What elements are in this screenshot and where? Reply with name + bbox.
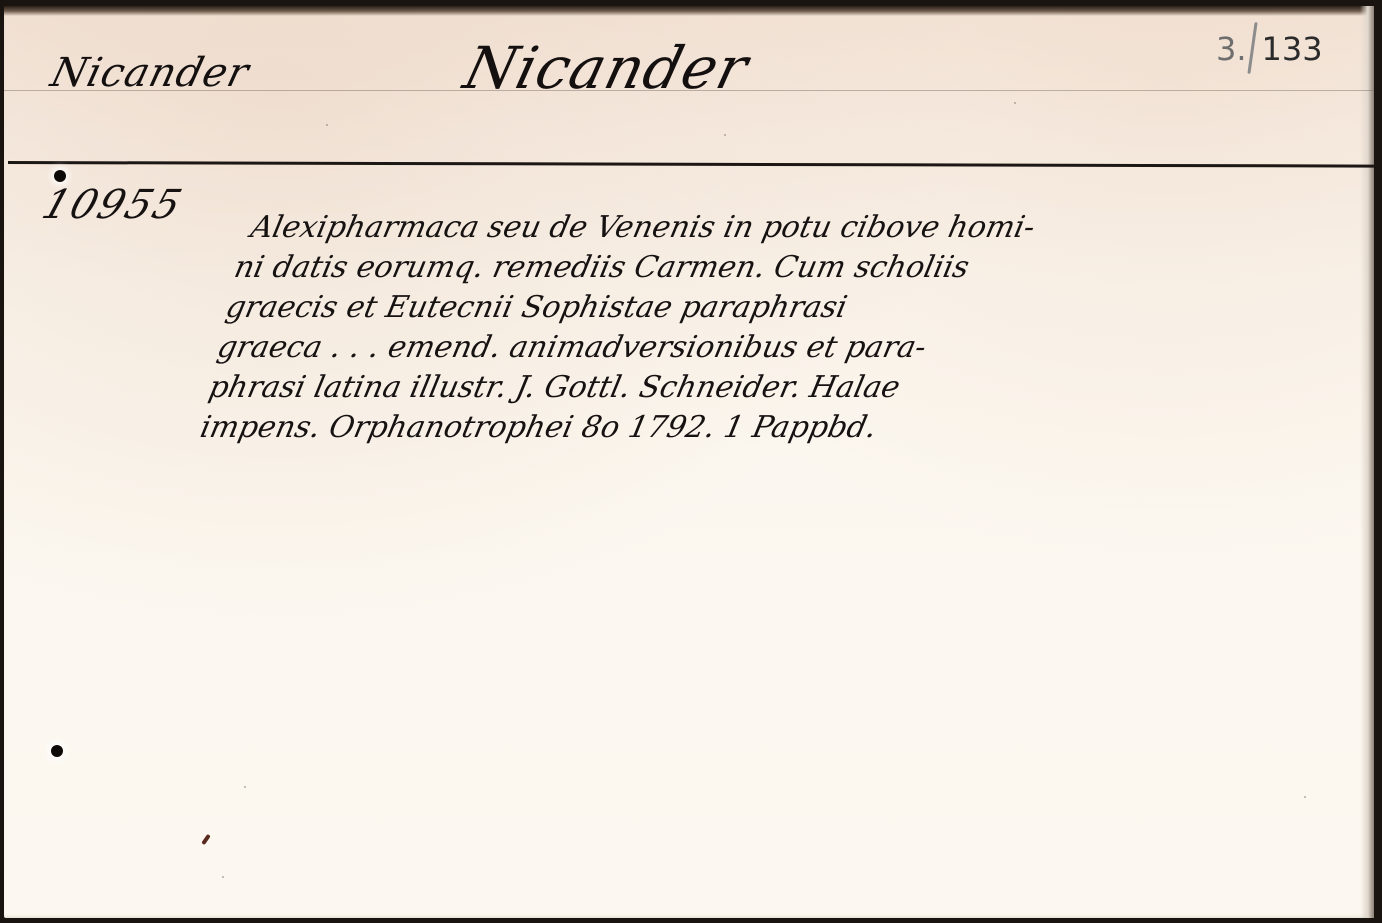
accession-number: 10955 <box>37 182 189 228</box>
paper-speck <box>1304 796 1306 798</box>
punch-hole-bottom <box>51 745 63 757</box>
entry-line: Alexipharmaca seu de Venenis in potu cib… <box>239 208 1382 248</box>
author-heading-main: Nicander <box>458 34 756 102</box>
entry-line: graeca . . . emend. animadversionibus et… <box>213 328 1362 368</box>
card-right-edge <box>1360 6 1374 918</box>
shelfmark-prefix: 3. <box>1216 30 1247 68</box>
shelfmark: 3.133 <box>1216 22 1323 68</box>
card-top-edge <box>4 6 1374 16</box>
paper-speck <box>1014 102 1016 104</box>
entry-line: graecis et Eutecnii Sophistae paraphrasi <box>222 288 1371 328</box>
entry-line: phrasi latina illustr. J. Gottl. Schneid… <box>205 368 1354 408</box>
paper-speck <box>326 124 328 126</box>
paper-speck <box>724 134 726 136</box>
entry-line: ni datis eorumq. remediis Carmen. Cum sc… <box>231 248 1380 288</box>
bibliographic-entry: Alexipharmaca seu de Venenis in potu cib… <box>196 208 1382 448</box>
shelfmark-number: 133 <box>1262 30 1323 68</box>
entry-line: impens. Orphanotrophei 8o 1792. 1 Pappbd… <box>196 408 1345 448</box>
header-rule-line <box>4 90 1374 91</box>
pencil-slash-mark <box>1247 22 1257 74</box>
paper-speck <box>244 786 246 788</box>
main-rule-line <box>8 161 1374 168</box>
paper-speck <box>222 876 224 878</box>
ink-stray-mark <box>201 834 211 845</box>
catalog-card: Nicander Nicander 3.133 10955 Alexipharm… <box>4 6 1374 918</box>
punch-hole-top <box>54 170 66 182</box>
